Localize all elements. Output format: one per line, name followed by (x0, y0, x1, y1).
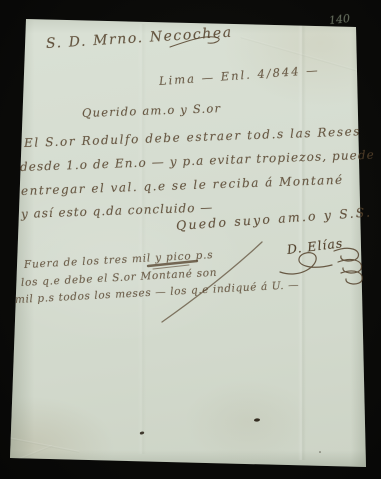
letter-photograph: 140 S. D. Mrno. Necochea Lima — Enl. 4/8… (0, 0, 381, 479)
corner-annotation: 140 (328, 12, 350, 27)
